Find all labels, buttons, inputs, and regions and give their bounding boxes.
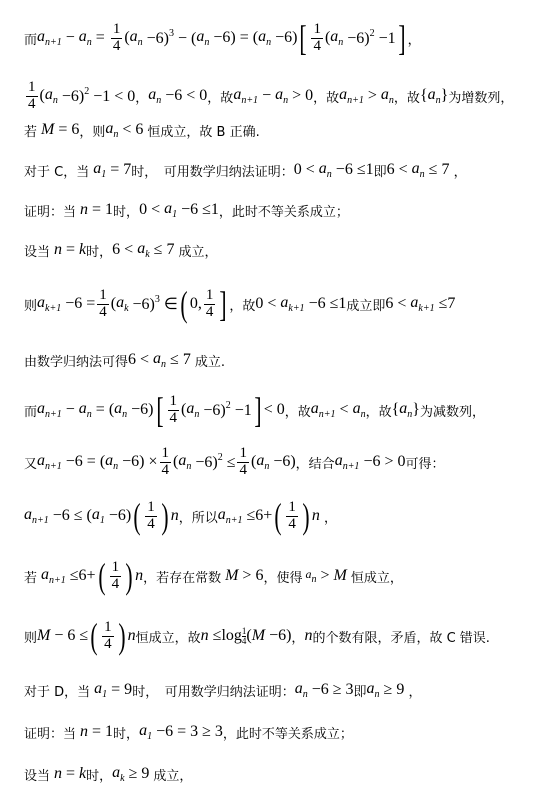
fraction: 14 [237, 446, 249, 479]
fraction: 14 [311, 22, 323, 55]
line-15: 证明：当 n = 1时， a1 −6 = 3 ≥ 3 ，此时不等关系成立； [24, 722, 353, 742]
line-10: 又 an+1 −6 = (an −6) × 14 (an −6)2 ≤ 14 (… [24, 446, 445, 479]
fraction: 14 [145, 500, 157, 533]
line-16: 设当 n = k时， ak ≥ 9 成立， [24, 764, 192, 784]
fraction: 14 [160, 446, 172, 479]
fraction: 14 [286, 500, 298, 533]
fraction: 14 [168, 394, 180, 427]
line-3: 若 M = 6，则 an < 6 恒成立，故 B 正确. [24, 120, 260, 140]
line-1: 而 an+1 − an = 14 (an −6)3 − (an −6) = (a… [24, 20, 421, 56]
line-11: an+1 −6 ≤ (a1 −6) (14)n ，所以 an+1 ≤6+ (14… [24, 498, 337, 534]
line-7: 则 ak+1 −6 = 14 (ak −6)3 ∈ (0, 14 ]，故 0 <… [24, 286, 455, 322]
line-13: 则 M − 6 ≤ (14)n 恒成立，故 n ≤log 14 (M −6)， … [24, 618, 490, 654]
fraction: 14 [26, 80, 38, 113]
fraction: 14 [102, 620, 114, 653]
line-5: 证明：当 n = 1时， 0 < a1 −6 ≤1 ，此时不等关系成立； [24, 200, 349, 220]
line-6: 设当 n = k时， 6 < ak ≤ 7 成立， [24, 240, 217, 260]
text: 而 [24, 29, 37, 48]
line-2: 14 (an −6)2 −1 < 0， an −6 < 0，故 an+1 − a… [24, 80, 513, 113]
fraction: 14 [110, 560, 122, 593]
line-9: 而 an+1 − an = (an −6) [ 14 (an −6)2 −1 ]… [24, 392, 485, 428]
fraction: 14 [111, 22, 123, 55]
fraction: 14 [204, 288, 216, 321]
line-8: 由数学归纳法可得 6 < an ≤ 7 成立. [24, 350, 225, 370]
line-14: 对于 D，当 a1 = 9 时， 可用数学归纳法证明： an −6 ≥ 3 即 … [24, 680, 421, 700]
fraction: 14 [97, 288, 109, 321]
line-12: 若 an+1 ≤6+ (14)n ，若存在常数 M > 6 ，使得 an > M… [24, 558, 403, 594]
line-4: 对于 C，当 a1 = 7 时， 可用数学归纳法证明： 0 < an −6 ≤1… [24, 160, 467, 180]
